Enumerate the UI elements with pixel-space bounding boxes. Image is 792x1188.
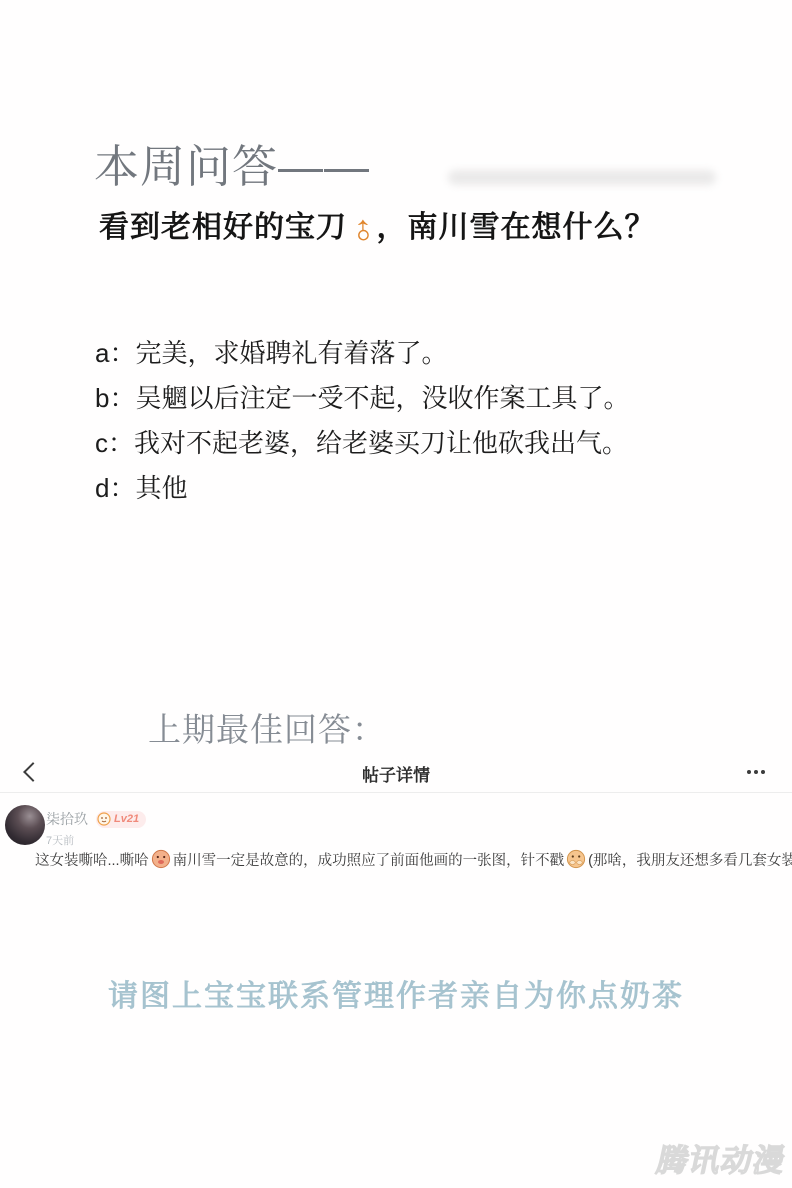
- qa-question-prefix: 看到老相好的宝刀: [99, 211, 347, 244]
- option-text: 我对不起老婆，给老婆买刀让他砍我出气。: [134, 428, 628, 458]
- option-text: 完美，求婚聘礼有着落了。: [135, 338, 447, 368]
- qa-option-c: c：我对不起老婆，给老婆买刀让他砍我出气。: [95, 421, 629, 466]
- blushing-face-sticker-icon: [151, 849, 171, 869]
- best-answer-heading: 上期最佳回答：: [148, 704, 386, 751]
- covering-face-sticker-icon: [566, 849, 586, 869]
- comment-text: 这女装嘶哈...嘶哈南川雪一定是故意的，成功照应了前面他画的一张图，针不戳(那啥…: [35, 849, 792, 873]
- qa-question: 看到老相好的宝刀♂，南川雪在想什么？: [99, 202, 656, 248]
- qa-question-suffix: ，南川雪在想什么？: [377, 211, 656, 244]
- post-nav-bar: 帖子详情: [0, 752, 792, 793]
- comic-qa-page: 本周问答—— 看到老相好的宝刀♂，南川雪在想什么？ a：完美，求婚聘礼有着落了。…: [0, 0, 792, 1188]
- commenter-user-line: 柒拾玖 Lv21: [46, 810, 146, 828]
- option-key: a：: [95, 338, 135, 368]
- option-key: d：: [95, 473, 135, 503]
- more-ellipsis-icon[interactable]: [754, 770, 758, 774]
- option-key: c：: [95, 428, 134, 458]
- qa-option-a: a：完美，求婚聘礼有着落了。: [95, 331, 629, 376]
- level-badge: Lv21: [96, 811, 146, 828]
- comment-text-part3: (那啥，我朋友还想多看几套女装): [588, 853, 792, 869]
- qa-options-list: a：完美，求婚聘礼有着落了。 b：吴魍以后注定一受不起，没收作案工具了。 c：我…: [95, 331, 629, 511]
- commenter-avatar[interactable]: [5, 805, 45, 845]
- commenter-username[interactable]: 柒拾玖: [46, 809, 88, 829]
- qa-section-title: 本周问答——: [94, 130, 370, 195]
- comment-text-part1: 这女装嘶哈...嘶哈: [35, 853, 149, 869]
- erased-text-smudge: [448, 170, 716, 185]
- option-text: 吴魍以后注定一受不起，没收作案工具了。: [135, 383, 629, 413]
- qa-option-d: d：其他: [95, 466, 629, 511]
- option-text: 其他: [135, 473, 187, 503]
- comment-timestamp: 7天前: [46, 832, 74, 848]
- milk-tea-cta-text: 请图上宝宝联系管理作者亲自为你点奶茶: [0, 971, 792, 1015]
- qa-option-b: b：吴魍以后注定一受不起，没收作案工具了。: [95, 376, 629, 421]
- comment-text-part2: 南川雪一定是故意的，成功照应了前面他画的一张图，针不戳: [173, 853, 565, 869]
- option-key: b：: [95, 383, 135, 413]
- level-badge-face-icon: [97, 812, 111, 826]
- tencent-comics-watermark: 腾讯动漫: [653, 1135, 791, 1180]
- level-badge-text: Lv21: [114, 813, 139, 825]
- post-nav-title: 帖子详情: [0, 761, 792, 786]
